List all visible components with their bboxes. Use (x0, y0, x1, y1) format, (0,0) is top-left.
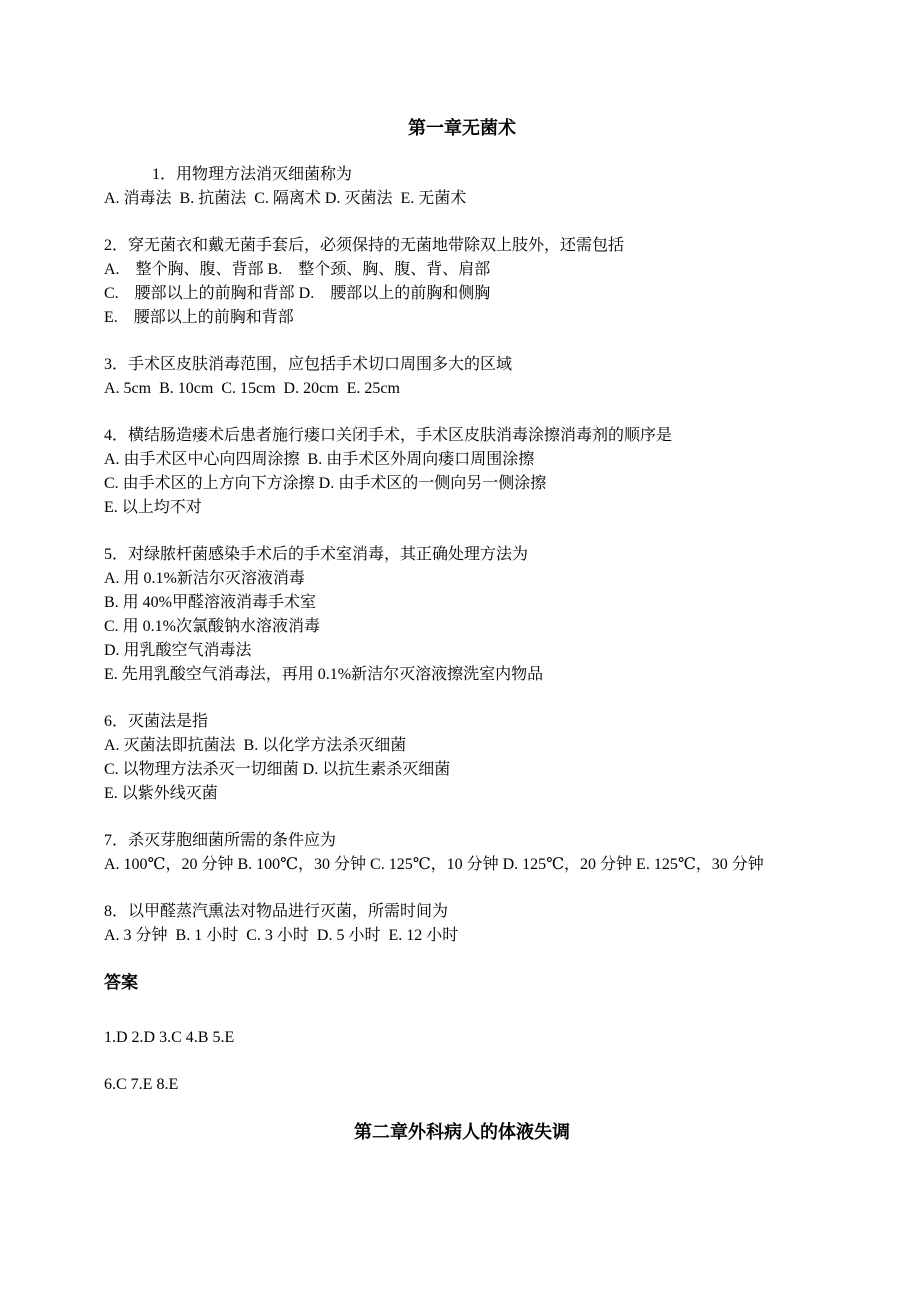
question-1-options: A. 消毒法 B. 抗菌法 C. 隔离术 D. 灭菌法 E. 无菌术 (104, 187, 820, 211)
question-6-options-e: E. 以紫外线灭菌 (104, 782, 820, 806)
question-1-stem: 1．用物理方法消灭细菌称为 (104, 163, 820, 187)
question-8-stem: 8．以甲醛蒸汽熏法对物品进行灭菌，所需时间为 (104, 900, 820, 924)
question-5-option-d: D. 用乳酸空气消毒法 (104, 639, 820, 663)
question-8-options: A. 3 分钟 B. 1 小时 C. 3 小时 D. 5 小时 E. 12 小时 (104, 924, 820, 948)
answers-line-1: 1.D 2.D 3.C 4.B 5.E (104, 1026, 820, 1050)
question-2-options-cd: C. 腰部以上的前胸和背部 D. 腰部以上的前胸和侧胸 (104, 282, 820, 306)
question-5-option-b: B. 用 40%甲醛溶液消毒手术室 (104, 591, 820, 615)
question-3-options: A. 5cm B. 10cm C. 15cm D. 20cm E. 25cm (104, 377, 820, 401)
question-5-option-e: E. 先用乳酸空气消毒法，再用 0.1%新洁尔灭溶液擦洗室内物品 (104, 663, 820, 687)
question-7-options: A. 100℃，20 分钟 B. 100℃，30 分钟 C. 125℃，10 分… (104, 853, 820, 877)
question-2-options-ab: A. 整个胸、腹、背部 B. 整个颈、胸、腹、背、肩部 (104, 258, 820, 282)
chapter2-title: 第二章外科病人的体液失调 (104, 1120, 820, 1144)
question-3: 3．手术区皮肤消毒范围，应包括手术切口周围多大的区域 A. 5cm B. 10c… (104, 353, 820, 401)
question-5: 5．对绿脓杆菌感染手术后的手术室消毒，其正确处理方法为 A. 用 0.1%新洁尔… (104, 543, 820, 687)
chapter1-title: 第一章无菌术 (104, 116, 820, 140)
answers-line-2: 6.C 7.E 8.E (104, 1073, 820, 1097)
question-8: 8．以甲醛蒸汽熏法对物品进行灭菌，所需时间为 A. 3 分钟 B. 1 小时 C… (104, 900, 820, 948)
question-6-options-cd: C. 以物理方法杀灭一切细菌 D. 以抗生素杀灭细菌 (104, 758, 820, 782)
question-6-stem: 6．灭菌法是指 (104, 710, 820, 734)
question-2-options-e: E. 腰部以上的前胸和背部 (104, 306, 820, 330)
question-4-options-ab: A. 由手术区中心向四周涂擦 B. 由手术区外周向瘘口周围涂擦 (104, 448, 820, 472)
question-5-stem: 5．对绿脓杆菌感染手术后的手术室消毒，其正确处理方法为 (104, 543, 820, 567)
document-page: 第一章无菌术 1．用物理方法消灭细菌称为 A. 消毒法 B. 抗菌法 C. 隔离… (0, 0, 920, 1302)
question-4-options-cd: C. 由手术区的上方向下方涂擦 D. 由手术区的一侧向另一侧涂擦 (104, 472, 820, 496)
question-2: 2．穿无菌衣和戴无菌手套后，必须保持的无菌地带除双上肢外，还需包括 A. 整个胸… (104, 234, 820, 330)
question-6-options-ab: A. 灭菌法即抗菌法 B. 以化学方法杀灭细菌 (104, 734, 820, 758)
question-4-stem: 4．横结肠造瘘术后患者施行瘘口关闭手术，手术区皮肤消毒涂擦消毒剂的顺序是 (104, 424, 820, 448)
question-5-option-a: A. 用 0.1%新洁尔灭溶液消毒 (104, 567, 820, 591)
question-1: 1．用物理方法消灭细菌称为 A. 消毒法 B. 抗菌法 C. 隔离术 D. 灭菌… (104, 163, 820, 211)
question-7-stem: 7．杀灭芽胞细菌所需的条件应为 (104, 829, 820, 853)
answers-heading: 答案 (104, 971, 820, 995)
question-5-option-c: C. 用 0.1%次氯酸钠水溶液消毒 (104, 615, 820, 639)
question-6: 6．灭菌法是指 A. 灭菌法即抗菌法 B. 以化学方法杀灭细菌 C. 以物理方法… (104, 710, 820, 806)
question-4: 4．横结肠造瘘术后患者施行瘘口关闭手术，手术区皮肤消毒涂擦消毒剂的顺序是 A. … (104, 424, 820, 520)
question-3-stem: 3．手术区皮肤消毒范围，应包括手术切口周围多大的区域 (104, 353, 820, 377)
question-2-stem: 2．穿无菌衣和戴无菌手套后，必须保持的无菌地带除双上肢外，还需包括 (104, 234, 820, 258)
question-7: 7．杀灭芽胞细菌所需的条件应为 A. 100℃，20 分钟 B. 100℃，30… (104, 829, 820, 877)
question-4-options-e: E. 以上均不对 (104, 496, 820, 520)
